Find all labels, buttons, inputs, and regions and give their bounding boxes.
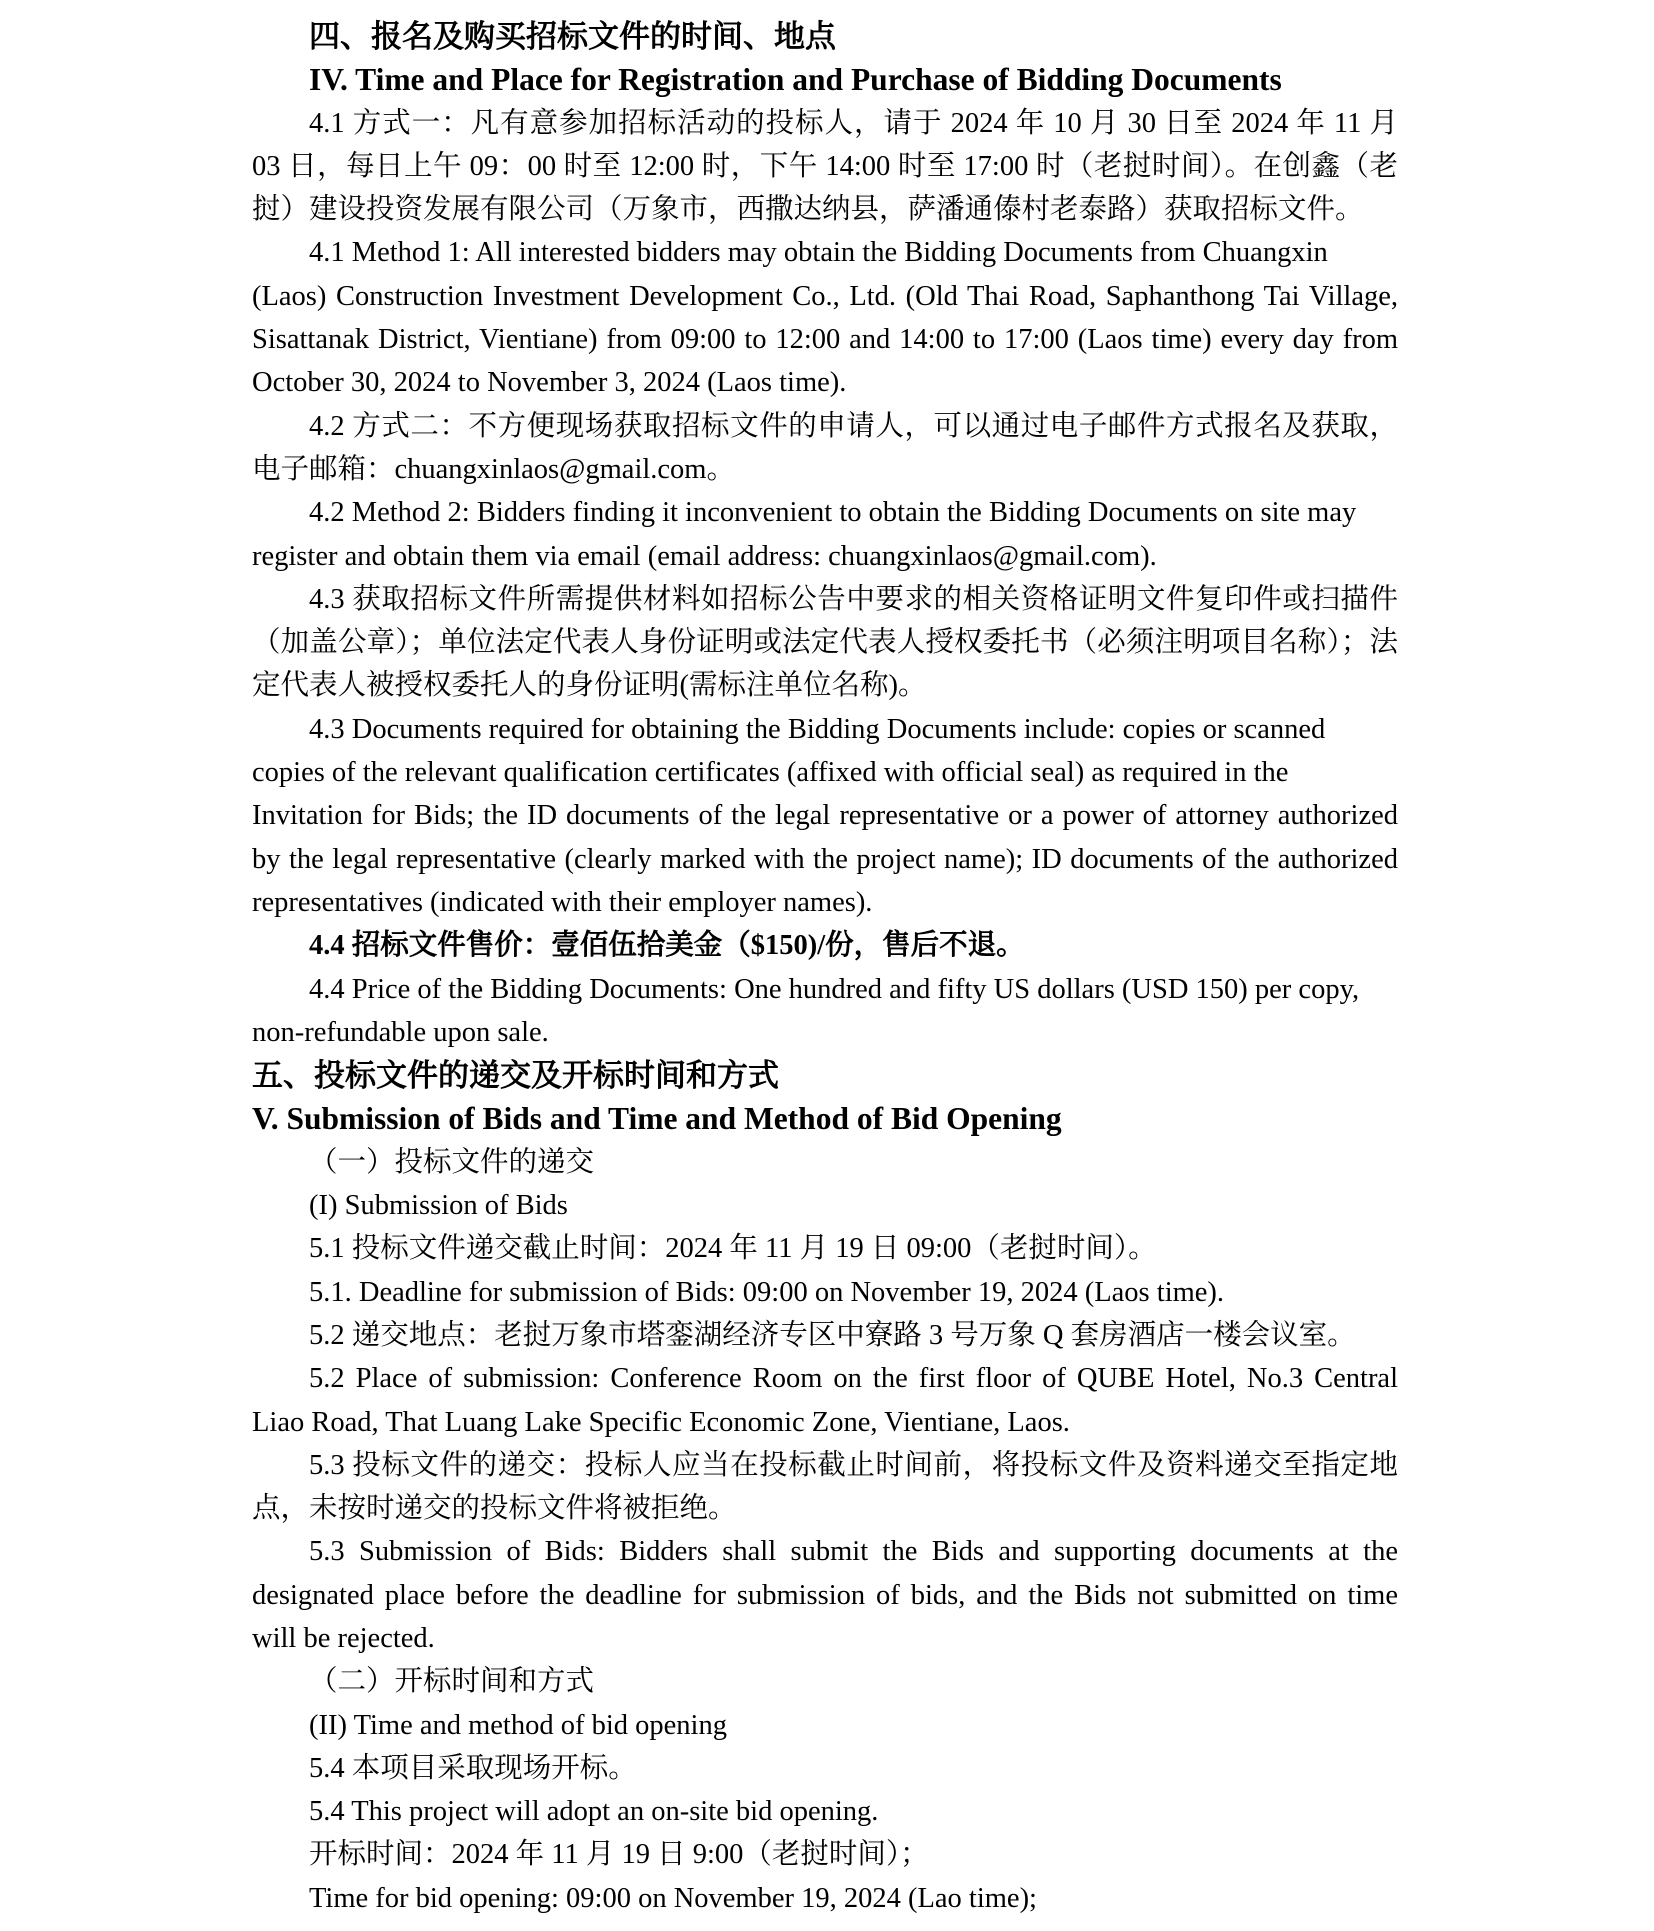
text-line: 4.2 方式二：不方便现场获取招标文件的申请人，可以通过电子邮件方式报名及获取， [252,405,1398,448]
paragraph-4-2-cn: 4.2 方式二：不方便现场获取招标文件的申请人，可以通过电子邮件方式报名及获取，… [252,405,1398,492]
paragraph-5-4-cn: 5.4 本项目采取现场开标。 [252,1747,1398,1790]
section-4-heading-en: IV. Time and Place for Registration and … [252,58,1398,101]
text-line: October 30, 2024 to November 3, 2024 (La… [252,361,1398,404]
paragraph-4-2-en: 4.2 Method 2: Bidders finding it inconve… [252,491,1398,578]
subsection-1-heading-cn: （一）投标文件的递交 [252,1141,1398,1184]
text-line: (Laos) Construction Investment Developme… [252,275,1398,318]
text-line: 4.1 方式一：凡有意参加招标活动的投标人，请于 2024 年 10 月 30 … [252,102,1398,145]
text-line: 点，未按时递交的投标文件将被拒绝。 [252,1487,1398,1530]
text-line: representatives (indicated with their em… [252,881,1398,924]
paragraph-4-3-cn: 4.3 获取招标文件所需提供材料如招标公告中要求的相关资格证明文件复印件或扫描件… [252,578,1398,708]
text-line: register and obtain them via email (emai… [252,535,1398,578]
bid-opening-time-cn: 开标时间：2024 年 11 月 19 日 9:00（老挝时间）； [252,1833,1398,1876]
text-line: by the legal representative (clearly mar… [252,838,1398,881]
text-line: 4.4 Price of the Bidding Documents: One … [252,968,1398,1011]
section-4-heading-cn: 四、报名及购买招标文件的时间、地点 [252,15,1398,58]
paragraph-5-4-en: 5.4 This project will adopt an on-site b… [252,1790,1398,1833]
text-line: copies of the relevant qualification cer… [252,751,1398,794]
paragraph-5-1-en: 5.1. Deadline for submission of Bids: 09… [252,1271,1398,1314]
document-page: 四、报名及购买招标文件的时间、地点 IV. Time and Place for… [252,15,1398,1920]
section-5: 五、投标文件的递交及开标时间和方式 V. Submission of Bids … [252,1054,1398,1920]
paragraph-5-1-cn: 5.1 投标文件递交截止时间：2024 年 11 月 19 日 09:00（老挝… [252,1227,1398,1270]
text-line: non-refundable upon sale. [252,1011,1398,1054]
text-line: 5.3 Submission of Bids: Bidders shall su… [252,1530,1398,1573]
paragraph-4-1-en: 4.1 Method 1: All interested bidders may… [252,231,1398,404]
section-4: 四、报名及购买招标文件的时间、地点 IV. Time and Place for… [252,15,1398,1054]
paragraph-4-4-en: 4.4 Price of the Bidding Documents: One … [252,968,1398,1055]
text-line: 挝）建设投资发展有限公司（万象市，西撒达纳县，萨潘通傣村老泰路）获取招标文件。 [252,188,1398,231]
paragraph-5-2-cn: 5.2 递交地点：老挝万象市塔銮湖经济专区中寮路 3 号万象 Q 套房酒店一楼会… [252,1314,1398,1357]
section-5-heading-en: V. Submission of Bids and Time and Metho… [252,1097,1398,1140]
subsection-1-heading-en: (I) Submission of Bids [252,1184,1398,1227]
text-line: Liao Road, That Luang Lake Specific Econ… [252,1401,1398,1444]
section-5-heading-cn: 五、投标文件的递交及开标时间和方式 [252,1054,1398,1097]
text-line: 03 日，每日上午 09：00 时至 12:00 时，下午 14:00 时至 1… [252,145,1398,188]
text-line: 4.3 获取招标文件所需提供材料如招标公告中要求的相关资格证明文件复印件或扫描件 [252,578,1398,621]
text-line: 5.3 投标文件的递交：投标人应当在投标截止时间前，将投标文件及资料递交至指定地 [252,1444,1398,1487]
subsection-2-heading-en: (II) Time and method of bid opening [252,1704,1398,1747]
text-line: Sisattanak District, Vientiane) from 09:… [252,318,1398,361]
paragraph-4-1-cn: 4.1 方式一：凡有意参加招标活动的投标人，请于 2024 年 10 月 30 … [252,102,1398,232]
text-line: 4.2 Method 2: Bidders finding it inconve… [252,491,1398,534]
paragraph-4-4-cn-price: 4.4 招标文件售价：壹佰伍拾美金（$150)/份，售后不退。 [252,924,1398,967]
text-line: 电子邮箱：chuangxinlaos@gmail.com。 [252,448,1398,491]
paragraph-4-3-en: 4.3 Documents required for obtaining the… [252,708,1398,924]
text-line: designated place before the deadline for… [252,1574,1398,1617]
bid-opening-time-en: Time for bid opening: 09:00 on November … [252,1877,1398,1920]
text-line: Invitation for Bids; the ID documents of… [252,794,1398,837]
paragraph-5-3-en: 5.3 Submission of Bids: Bidders shall su… [252,1530,1398,1660]
text-line: 定代表人被授权委托人的身份证明(需标注单位名称)。 [252,664,1398,707]
paragraph-5-3-cn: 5.3 投标文件的递交：投标人应当在投标截止时间前，将投标文件及资料递交至指定地… [252,1444,1398,1531]
text-line: 4.3 Documents required for obtaining the… [252,708,1398,751]
paragraph-5-2-en: 5.2 Place of submission: Conference Room… [252,1357,1398,1444]
text-line: 5.2 Place of submission: Conference Room… [252,1357,1398,1400]
text-line: （加盖公章）；单位法定代表人身份证明或法定代表人授权委托书（必须注明项目名称）；… [252,621,1398,664]
text-line: 4.1 Method 1: All interested bidders may… [252,231,1398,274]
subsection-2-heading-cn: （二）开标时间和方式 [252,1660,1398,1703]
text-line: will be rejected. [252,1617,1398,1660]
